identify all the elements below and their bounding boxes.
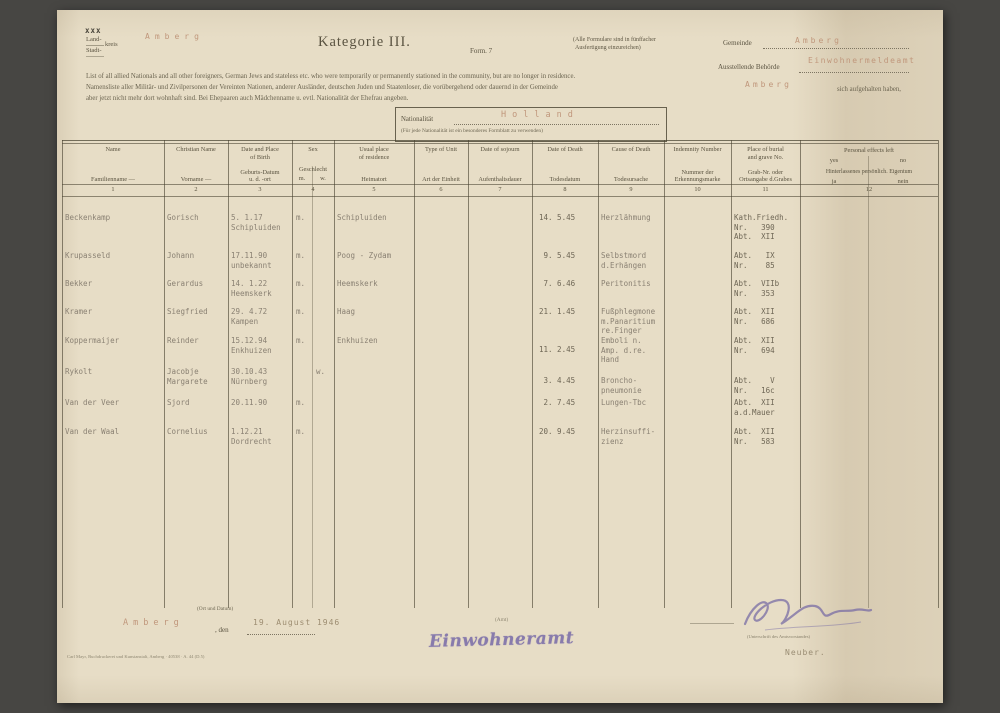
col-header-de: Todesdatum <box>550 176 581 184</box>
district-typed-city: Amberg <box>145 32 204 41</box>
crossed-out-mark: xxx <box>85 26 102 35</box>
col-header-de: Aufenthaltsdauer <box>478 176 521 184</box>
cell-cause: Selbstmord d.Erhängen <box>601 251 646 270</box>
cell-grave: Abt. XII Nr. 686 <box>734 307 775 326</box>
district-stadt-label: Stadt- <box>86 46 102 57</box>
col-num: 12 <box>800 186 938 193</box>
district-kreis-label: kreis <box>105 40 118 51</box>
form-title: Kategorie III. <box>318 34 411 51</box>
col-header-de: Grab-Nr. oder Ortsangabe d.Grabes <box>739 169 792 184</box>
cell-surname: Van der Veer <box>65 398 119 408</box>
col-header-indemnity: Indemnity Number Nummer der Erkennungsma… <box>664 146 731 184</box>
col-header-de: Todesursache <box>614 176 648 184</box>
effects-subcol-line <box>868 156 869 608</box>
cell-sex-m: m. <box>296 427 305 437</box>
cell-death-date: 21. 1.45 <box>539 307 575 317</box>
cell-surname: Rykolt <box>65 367 92 377</box>
cell-birth: 20.11.90 <box>231 398 267 408</box>
col-header-en: Date and Place of Birth <box>241 146 279 161</box>
col-line <box>164 140 165 608</box>
col-header-en: Christian Name <box>176 146 216 154</box>
col-header-death-date: Date of Death Todesdatum <box>532 146 598 184</box>
printer-imprint: Carl Mayr, Buchdruckerei und Kunstanstal… <box>67 654 204 659</box>
nationality-label: Nationalität <box>401 115 433 126</box>
col-header-en: Date of Death <box>547 146 582 154</box>
cell-cause: Emboli n. Amp. d.re. Hand <box>601 336 646 365</box>
sex-subcol-line <box>312 168 313 608</box>
col-header-en: Indemnity Number <box>673 146 721 154</box>
nationality-line <box>454 123 659 125</box>
signature-rule <box>690 623 734 624</box>
behoerde-line <box>799 71 909 73</box>
cell-sex-m: m. <box>296 336 305 346</box>
cell-birth: 17.11.90 unbekannt <box>231 251 272 270</box>
cell-cause: Peritonitis <box>601 279 651 289</box>
signature-note: (Unterschrift des Amtsvorstandes) <box>747 634 810 639</box>
col-num: 8 <box>532 186 598 193</box>
col-header-effects-yes: yes <box>800 157 868 164</box>
cell-grave: Abt. XII a.d.Mauer <box>734 398 775 417</box>
cell-grave: Abt. XII Nr. 583 <box>734 427 775 446</box>
col-header-de: Art der Einheit <box>422 176 460 184</box>
cell-cause: Herzinsuffi- zienz <box>601 427 655 446</box>
col-header-name: Name Familienname — <box>62 146 164 184</box>
col-header-en: Type of Unit <box>425 146 457 154</box>
cell-residence: Poog - Zydam <box>337 251 391 261</box>
table-numbers-rule <box>62 196 938 197</box>
district-divider2 <box>86 56 104 57</box>
footer-typed-date: 19. August 1946 <box>253 618 340 627</box>
footer-typed-name: Neuber. <box>785 648 826 657</box>
cell-residence: Heemskerk <box>337 279 378 289</box>
gemeinde-line <box>763 47 909 49</box>
cell-cause: Broncho- pneumonie <box>601 376 642 395</box>
scanned-form-page: xxx Land- kreis Stadt- Amberg Kategorie … <box>0 0 1000 713</box>
col-line <box>334 140 335 608</box>
signature-ink <box>737 590 877 640</box>
col-num: 1 <box>62 186 164 193</box>
cell-grave: Abt. IX Nr. 85 <box>734 251 775 270</box>
cell-sex-m: m. <box>296 307 305 317</box>
col-header-sex: Sex Geschlecht <box>292 146 334 174</box>
intro-german-typed-city: Amberg <box>745 80 792 89</box>
cell-grave: Abt. V Nr. 16c <box>734 376 775 395</box>
col-header-effects-nein: nein <box>868 178 938 185</box>
col-header-de: Nummer der Erkennungsmarke <box>675 169 721 184</box>
col-header-cause: Cause of Death Todesursache <box>598 146 664 184</box>
cell-birth: 1.12.21 Dordrecht <box>231 427 272 446</box>
col-header-sojourn: Date of sojourn Aufenthaltsdauer <box>468 146 532 184</box>
cell-grave: Abt. VIIb Nr. 353 <box>734 279 779 298</box>
col-line <box>532 140 533 608</box>
cell-cause: Fußphlegmone m.Panaritium re.Finger <box>601 307 655 336</box>
col-header-en: Date of sojourn <box>480 146 519 154</box>
col-line <box>468 140 469 608</box>
cell-cause: Herzlähmung <box>601 213 651 223</box>
cell-first-name: Jacobje Margarete <box>167 367 208 386</box>
cell-grave: Kath.Friedh. Nr. 390 Abt. XII <box>734 213 788 242</box>
paper-sheet: xxx Land- kreis Stadt- Amberg Kategorie … <box>57 10 943 703</box>
nationality-box: Nationalität Holland (Für jede Nationali… <box>395 107 667 142</box>
cell-sex-m: m. <box>296 213 305 223</box>
cell-death-date: 11. 2.45 <box>539 345 575 355</box>
col-line <box>598 140 599 608</box>
cell-first-name: Gorisch <box>167 213 199 223</box>
col-header-de: Familienname — <box>91 176 135 184</box>
cell-surname: Koppermaijer <box>65 336 119 346</box>
cell-surname: Krupasseld <box>65 251 110 261</box>
col-num: 3 <box>228 186 292 193</box>
col-line <box>664 140 665 608</box>
col-num: 2 <box>164 186 228 193</box>
cell-first-name: Reinder <box>167 336 199 346</box>
intro-german-1: Namensliste aller Militär- und Zivilpers… <box>86 83 558 94</box>
cell-birth: 14. 1.22 Heemskerk <box>231 279 272 298</box>
copies-note-line1: (Alle Formulare sind in fünffacher <box>573 36 656 44</box>
cell-birth: 29. 4.72 Kampen <box>231 307 267 326</box>
col-header-effects-de: Hinterlassenes persönlich. Eigentum <box>800 169 938 175</box>
col-line <box>292 140 293 608</box>
cell-residence: Schipluiden <box>337 213 387 223</box>
col-header-residence: Usual place of residence Heimatort <box>334 146 414 184</box>
col-num: 9 <box>598 186 664 193</box>
sex-m-label: m. <box>292 175 312 182</box>
copies-note-line2: Ausfertigung einzureichen) <box>575 44 641 52</box>
cell-sex-w: w. <box>316 367 325 377</box>
cell-cause: Lungen-Tbc <box>601 398 646 408</box>
district-land-label: Land- <box>86 35 102 46</box>
intro-german-cont: sich aufgehalten haben, <box>837 85 901 96</box>
cell-surname: Bekker <box>65 279 92 289</box>
cell-sex-m: m. <box>296 279 305 289</box>
col-header-de: Geburts-Datum u. d. -ort <box>240 169 279 184</box>
col-header-unit: Type of Unit Art der Einheit <box>414 146 468 184</box>
cell-death-date: 9. 5.45 <box>539 251 575 261</box>
cell-surname: Beckenkamp <box>65 213 110 223</box>
cell-birth: 15.12.94 Enkhuizen <box>231 336 272 355</box>
col-line <box>938 140 939 608</box>
col-header-effects-ja: ja <box>800 178 868 185</box>
col-header-burial: Place of burial and grave No. Grab-Nr. o… <box>731 146 800 184</box>
gemeinde-label: Gemeinde <box>723 38 752 49</box>
cell-birth: 30.10.43 Nürnberg <box>231 367 267 386</box>
gemeinde-typed: Amberg <box>795 36 842 45</box>
col-line <box>800 140 801 608</box>
cell-death-date: 14. 5.45 <box>539 213 575 223</box>
col-num: 10 <box>664 186 731 193</box>
cell-surname: Kramer <box>65 307 92 317</box>
col-header-en: Sex <box>308 146 317 154</box>
col-header-birth: Date and Place of Birth Geburts-Datum u.… <box>228 146 292 184</box>
cell-birth: 5. 1.17 Schipluiden <box>231 213 281 232</box>
col-header-de: Heimatort <box>361 176 387 184</box>
cell-death-date: 2. 7.45 <box>539 398 575 408</box>
date-line <box>247 633 315 635</box>
office-stamp: Einwohneramt <box>429 628 575 652</box>
col-header-en: Name <box>105 146 120 154</box>
cell-residence: Haag <box>337 307 355 317</box>
col-header-de: Vorname — <box>181 176 212 184</box>
col-line <box>731 140 732 608</box>
col-num: 7 <box>468 186 532 193</box>
nationality-note: (Für jede Nationalität ist ein besondere… <box>401 128 543 134</box>
cell-grave: Abt. XII Nr. 694 <box>734 336 775 355</box>
col-line <box>228 140 229 608</box>
cell-sex-m: m. <box>296 251 305 261</box>
col-num: 6 <box>414 186 468 193</box>
table-top-rule <box>62 140 938 141</box>
col-header-en: Place of burial and grave No. <box>747 146 784 161</box>
ort-datum-note: (Ort und Datum) <box>197 606 233 612</box>
cell-death-date: 3. 4.45 <box>539 376 575 386</box>
col-header-en: Cause of Death <box>612 146 651 154</box>
form-number: Form. 7 <box>470 46 492 57</box>
cell-first-name: Siegfried <box>167 307 208 317</box>
intro-german-2: aber jetzt nicht mehr dort wohnhaft sind… <box>86 94 408 105</box>
behoerde-label: Ausstellende Behörde <box>718 62 780 73</box>
intro-english: List of all allied Nationals and all oth… <box>86 72 575 83</box>
cell-residence: Enkhuizen <box>337 336 378 346</box>
col-line <box>414 140 415 608</box>
col-num: 11 <box>731 186 800 193</box>
cell-death-date: 7. 6.46 <box>539 279 575 289</box>
table-top-rule2 <box>62 143 938 144</box>
cell-first-name: Gerardus <box>167 279 203 289</box>
col-line <box>62 140 63 608</box>
col-header-christian-name: Christian Name Vorname — <box>164 146 228 184</box>
col-header-effects-en: Personal effects left <box>800 147 938 154</box>
nationality-typed: Holland <box>501 110 579 120</box>
cell-first-name: Cornelius <box>167 427 208 437</box>
behoerde-typed: Einwohnermeldeamt <box>808 56 915 65</box>
footer-typed-city: Amberg <box>123 618 184 628</box>
den-label: , den <box>215 625 229 636</box>
cell-sex-m: m. <box>296 398 305 408</box>
col-header-de: Geschlecht <box>299 166 327 174</box>
col-header-en: Usual place of residence <box>359 146 390 161</box>
stamp-note: (Amt) <box>495 617 508 623</box>
cell-first-name: Sjord <box>167 398 190 408</box>
col-header-effects-no: no <box>868 157 938 164</box>
col-num: 4 <box>292 186 334 193</box>
cell-surname: Van der Waal <box>65 427 119 437</box>
sex-w-label: w. <box>312 175 334 182</box>
col-num: 5 <box>334 186 414 193</box>
cell-first-name: Johann <box>167 251 194 261</box>
cell-death-date: 20. 9.45 <box>539 427 575 437</box>
